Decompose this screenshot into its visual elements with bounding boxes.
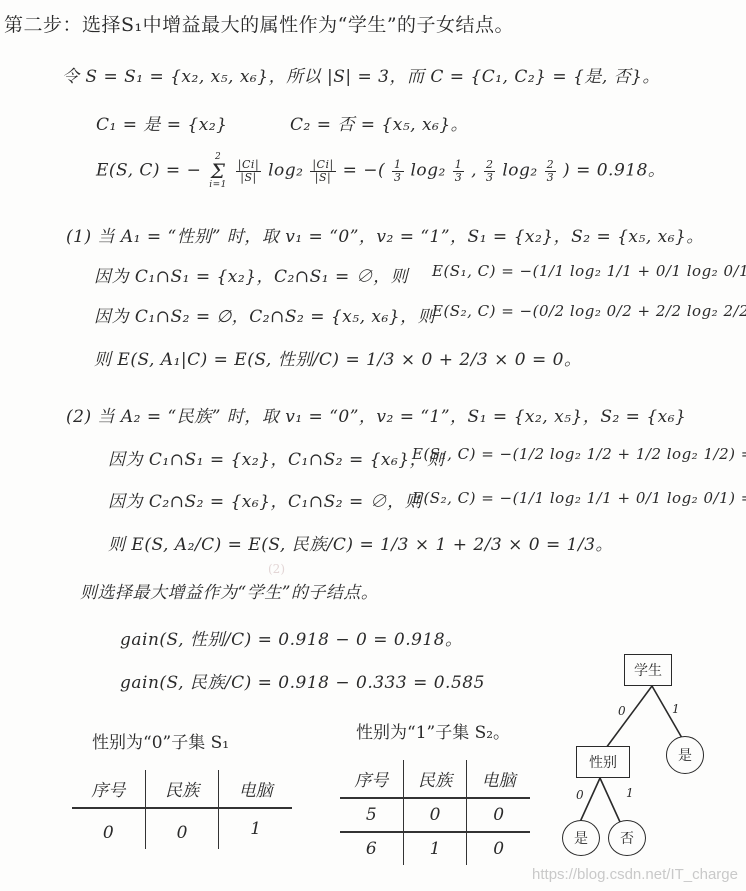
case2-line2-right: E(S₂, C) = −(1/1 log₂ 1/1 + 0/1 log₂ 0/1… [412, 487, 746, 508]
log-term: log₂ [410, 161, 445, 181]
header-cell-index: 序号 [72, 770, 145, 808]
decision-tree: 学生 0 1 性别 是 0 1 是 否 [560, 650, 740, 860]
table-s2: 序号 民族 电脑 5 0 0 6 1 0 [340, 760, 530, 865]
fraction: 23 [484, 159, 496, 184]
cell: 6 [340, 832, 403, 865]
case1-line3: 则 E(S, A₁|C) = E(S, 性别/C) = 1/3 × 0 + 2/… [94, 345, 582, 370]
table-row: 6 1 0 [340, 832, 530, 865]
log-term: log₂ [502, 161, 537, 181]
log-term: log₂ [268, 161, 303, 181]
cell: 1 [403, 832, 467, 865]
table-row: 0 0 1 [72, 808, 292, 849]
header-cell-computer: 电脑 [219, 770, 292, 808]
header-cell-computer: 电脑 [467, 760, 530, 798]
cell: 1 [219, 808, 292, 849]
case1-line1-right: E(S₁, C) = −(1/1 log₂ 1/1 + 0/1 log₂ 0/1… [432, 262, 746, 280]
setup-c1: C₁ = 是 = {x₂} [96, 110, 227, 135]
table-row: 5 0 0 [340, 798, 530, 832]
case2-line3: 则 E(S, A₂/C) = E(S, 民族/C) = 1/3 × 1 + 2/… [108, 530, 613, 555]
tree-leaf-yes: 是 [666, 736, 704, 774]
cell: 5 [340, 798, 403, 832]
header-cell-ethnicity: 民族 [403, 760, 467, 798]
tree-gender-node: 性别 [576, 746, 630, 778]
cell: 0 [403, 798, 467, 832]
case2-line1-right: E(S₁, C) = −(1/2 log₂ 1/2 + 1/2 log₂ 1/2… [412, 445, 746, 463]
edge-label: 0 [576, 788, 584, 802]
watermark: https://blog.csdn.net/IT_charge [532, 866, 738, 883]
entropy-formula: E(S, C) = − 2 Σ i=1 |Ci||S| log₂ |Ci||S|… [96, 152, 665, 190]
sum-lower: i=1 [209, 180, 227, 190]
edge-label: 0 [618, 704, 626, 718]
sum-symbol: 2 Σ i=1 [209, 152, 227, 190]
table-header-row: 序号 民族 电脑 [340, 760, 530, 798]
case1-line1-left: 因为 C₁∩S₁ = {x₂}，C₂∩S₁ = ∅，则 [94, 262, 408, 287]
tree-leaf-no: 否 [608, 820, 646, 856]
cell: 0 [72, 808, 145, 849]
case2-line1-left: 因为 C₁∩S₁ = {x₂}，C₁∩S₂ = {x₆}，则 [108, 445, 445, 470]
gain-gender: gain(S, 性别/C) = 0.918 − 0 = 0.918。 [120, 625, 463, 650]
table-s2-caption: 性别为“1”子集 S₂。 [356, 718, 510, 743]
table-s1-caption: 性别为“0”子集 S₁ [92, 728, 229, 753]
entropy-lhs: E(S, C) = − [96, 161, 201, 181]
conclusion-line: 则选择最大增益作为“学生”的子结点。 [80, 578, 378, 603]
tree-leaf-yes: 是 [562, 820, 600, 856]
table-s1: 序号 民族 电脑 0 0 1 [72, 770, 292, 849]
fraction: 23 [545, 159, 557, 184]
case2-line2-left: 因为 C₂∩S₂ = {x₆}，C₁∩S₂ = ∅，则 [108, 487, 422, 512]
cell: 0 [467, 832, 530, 865]
case2-header: (2) 当 A₂ = “民族” 时，取 v₁ = “0”，v₂ = “1”，S₁… [66, 402, 686, 427]
fraction: 13 [453, 159, 465, 184]
case1-line2-right: E(S₂, C) = −(0/2 log₂ 0/2 + 2/2 log₂ 2/2… [432, 302, 746, 320]
header-cell-index: 序号 [340, 760, 403, 798]
equals: = −( [343, 161, 386, 181]
table-header-row: 序号 民族 电脑 [72, 770, 292, 808]
case1-header: (1) 当 A₁ = “性别” 时，取 v₁ = “0”，v₂ = “1”，S₁… [66, 222, 704, 247]
cell: 0 [145, 808, 219, 849]
cell: 0 [467, 798, 530, 832]
header-cell-ethnicity: 民族 [145, 770, 219, 808]
case1-line2-left: 因为 C₁∩S₂ = ∅，C₂∩S₂ = {x₅, x₆}，则 [94, 302, 435, 327]
edge-label: 1 [626, 786, 634, 800]
fraction: |Ci||S| [236, 159, 261, 184]
tree-root-node: 学生 [624, 654, 672, 686]
edge-label: 1 [672, 702, 680, 716]
gain-ethnicity: gain(S, 民族/C) = 0.918 − 0.333 = 0.585 [120, 668, 485, 693]
fraction: 13 [392, 159, 404, 184]
step-title: 第二步：选择S₁中增益最大的属性作为“学生”的子女结点。 [4, 10, 514, 37]
entropy-result: ) = 0.918。 [563, 161, 665, 181]
fraction: |Ci||S| [310, 159, 335, 184]
setup-line-1: 令 S = S₁ = {x₂, x₅, x₆}，所以 |S| = 3，而 C =… [62, 62, 660, 87]
setup-c2: C₂ = 否 = {x₅, x₆}。 [290, 110, 468, 135]
